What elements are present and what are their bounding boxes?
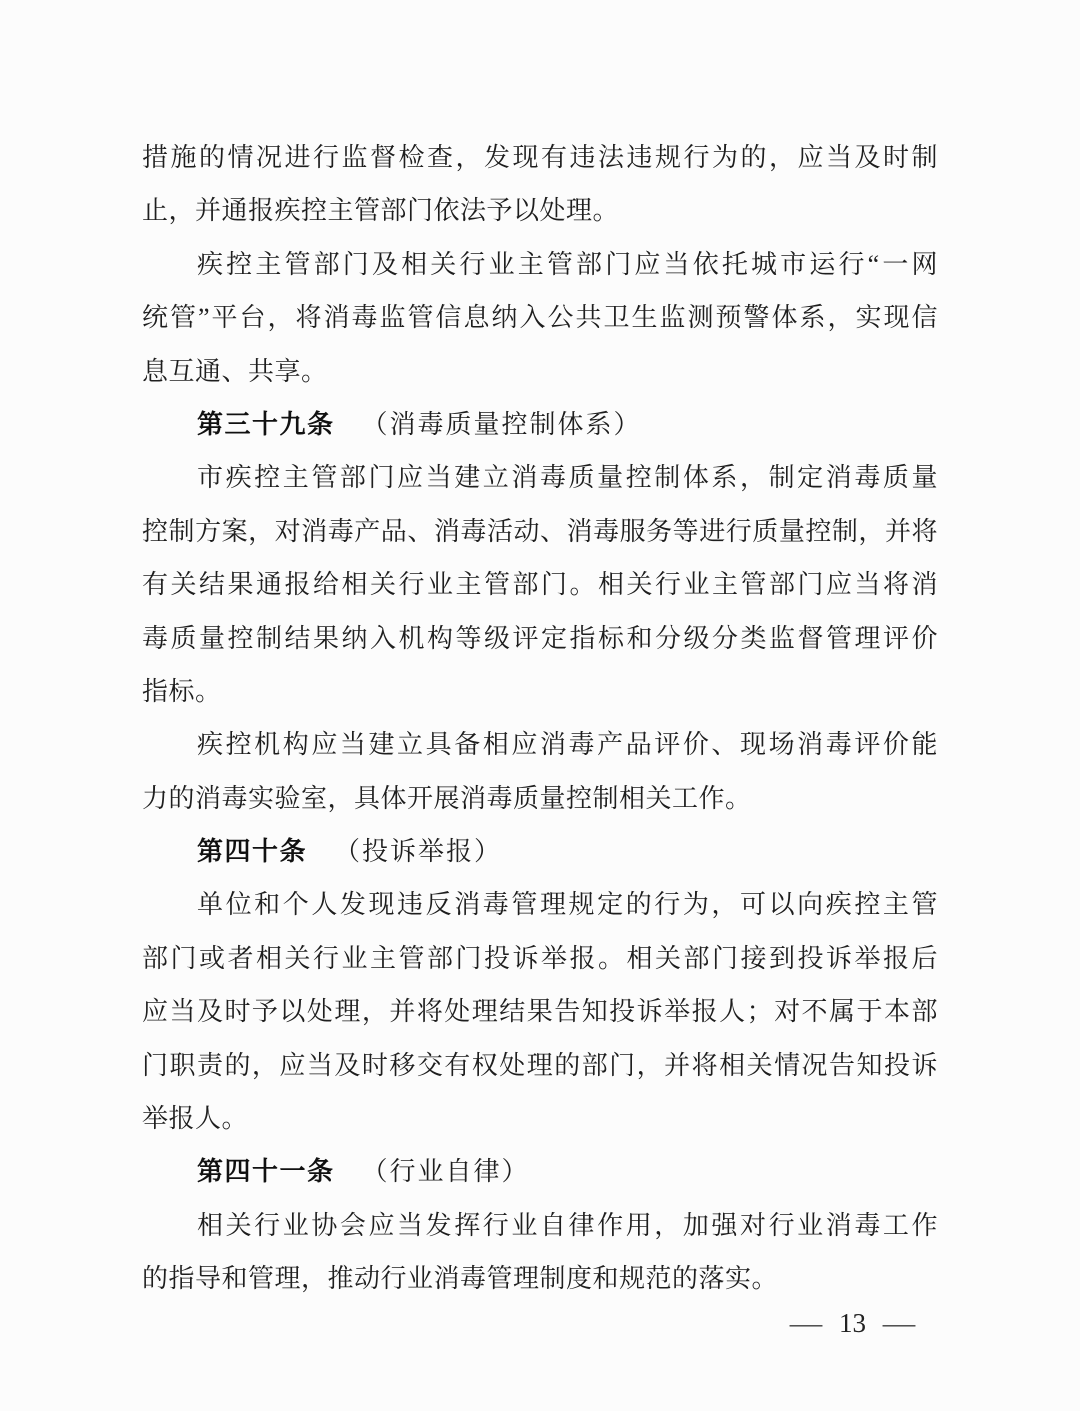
article-title: （行业自律） — [362, 1157, 530, 1186]
article-number: 第三十九条 — [197, 410, 335, 439]
article-heading-line: 第四十条（投诉举报） — [142, 825, 938, 878]
text-line: 门职责的，应当及时移交有权处理的部门，并将相关情况告知投诉 — [142, 1039, 938, 1092]
text-line: 应当及时予以处理，并将处理结果告知投诉举报人；对不属于本部 — [142, 985, 938, 1038]
text-line: 措施的情况进行监督检查，发现有违法违规行为的，应当及时制 — [142, 131, 938, 184]
text-line: 统管”平台，将消毒监管信息纳入公共卫生监测预警体系，实现信 — [142, 291, 938, 344]
text-line: 疾控机构应当建立具备相应消毒产品评价、现场消毒评价能 — [142, 718, 938, 771]
text-line: 指标。 — [142, 665, 938, 718]
text-line: 止，并通报疾控主管部门依法予以处理。 — [142, 184, 938, 237]
text-line: 息互通、共享。 — [142, 345, 938, 398]
article-heading-line: 第四十一条（行业自律） — [142, 1145, 938, 1198]
article-title: （消毒质量控制体系） — [362, 410, 642, 439]
article-title: （投诉举报） — [334, 837, 502, 866]
document-page: 措施的情况进行监督检查，发现有违法违规行为的，应当及时制止，并通报疾控主管部门依… — [0, 0, 1080, 1411]
text-line: 相关行业协会应当发挥行业自律作用，加强对行业消毒工作 — [142, 1199, 938, 1252]
text-line: 力的消毒实验室，具体开展消毒质量控制相关工作。 — [142, 772, 938, 825]
text-line: 疾控主管部门及相关行业主管部门应当依托城市运行“一网 — [142, 238, 938, 291]
text-line: 的指导和管理，推动行业消毒管理制度和规范的落实。 — [142, 1252, 938, 1305]
footer-dash-right: — — [883, 1304, 916, 1344]
text-line: 毒质量控制结果纳入机构等级评定指标和分级分类监督管理评价 — [142, 612, 938, 665]
article-number: 第四十一条 — [197, 1157, 335, 1186]
text-line: 有关结果通报给相关行业主管部门。相关行业主管部门应当将消 — [142, 558, 938, 611]
article-heading-line: 第三十九条（消毒质量控制体系） — [142, 398, 938, 451]
text-line: 单位和个人发现违反消毒管理规定的行为，可以向疾控主管 — [142, 878, 938, 931]
text-line: 控制方案，对消毒产品、消毒活动、消毒服务等进行质量控制，并将 — [142, 505, 938, 558]
text-line: 部门或者相关行业主管部门投诉举报。相关部门接到投诉举报后 — [142, 932, 938, 985]
text-line: 举报人。 — [142, 1092, 938, 1145]
page-number: 13 — [839, 1303, 866, 1343]
document-body: 措施的情况进行监督检查，发现有违法违规行为的，应当及时制止，并通报疾控主管部门依… — [142, 131, 938, 1306]
article-number: 第四十条 — [197, 837, 307, 866]
text-line: 市疾控主管部门应当建立消毒质量控制体系，制定消毒质量 — [142, 451, 938, 504]
page-footer: —13— — [793, 1303, 912, 1343]
footer-dash-left: — — [790, 1304, 823, 1344]
